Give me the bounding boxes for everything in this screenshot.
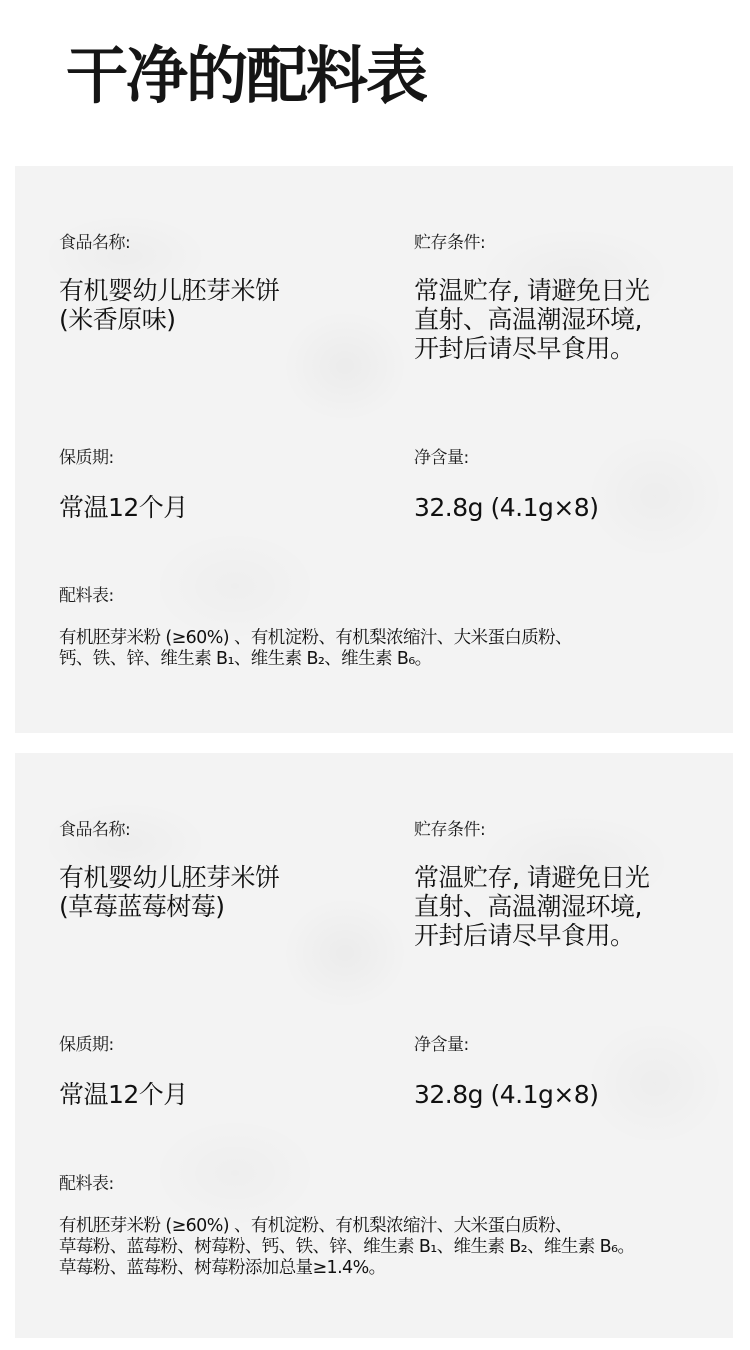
storage-line: 常温贮存, 请避免日光 <box>414 863 714 892</box>
product-name-line: 有机婴幼儿胚芽米饼 <box>59 276 359 305</box>
product-name-line: (草莓蓝莓树莓) <box>59 892 359 921</box>
ingredients-line: 草莓粉、蓝莓粉、树莓粉、钙、铁、锌、维生素 B₁、维生素 B₂、维生素 B₆。 <box>59 1237 719 1258</box>
net-content-label: 净含量: <box>414 1034 469 1056</box>
storage-line: 直射、高温潮湿环境, <box>414 305 714 334</box>
ingredients-label: 配料表: <box>59 585 114 607</box>
shelf-life-label: 保质期: <box>59 1034 114 1056</box>
product-name-line: (米香原味) <box>59 305 359 334</box>
storage-value: 常温贮存, 请避免日光 直射、高温潮湿环境, 开封后请尽早食用。 <box>414 863 714 950</box>
storage-line: 开封后请尽早食用。 <box>414 334 714 363</box>
ingredients-line: 草莓粉、蓝莓粉、树莓粉添加总量≥1.4%。 <box>59 1258 719 1279</box>
storage-value: 常温贮存, 请避免日光 直射、高温潮湿环境, 开封后请尽早食用。 <box>414 276 714 363</box>
ingredients-line: 钙、铁、锌、维生素 B₁、维生素 B₂、维生素 B₆。 <box>59 649 719 670</box>
storage-label: 贮存条件: <box>414 232 485 254</box>
ingredient-card-berry: 食品名称: 有机婴幼儿胚芽米饼 (草莓蓝莓树莓) 贮存条件: 常温贮存, 请避免… <box>15 753 733 1338</box>
product-name-label: 食品名称: <box>59 232 130 254</box>
ingredients-label: 配料表: <box>59 1173 114 1195</box>
storage-label: 贮存条件: <box>414 819 485 841</box>
product-name-value: 有机婴幼儿胚芽米饼 (米香原味) <box>59 276 359 334</box>
product-name-value: 有机婴幼儿胚芽米饼 (草莓蓝莓树莓) <box>59 863 359 921</box>
ingredients-list: 有机胚芽米粉 (≥60%) 、有机淀粉、有机梨浓缩汁、大米蛋白质粉、 钙、铁、锌… <box>59 628 719 670</box>
page-title: 干净的配料表 <box>66 36 426 116</box>
product-name-line: 有机婴幼儿胚芽米饼 <box>59 863 359 892</box>
shelf-life-label: 保质期: <box>59 447 114 469</box>
ingredient-card-original: 食品名称: 有机婴幼儿胚芽米饼 (米香原味) 贮存条件: 常温贮存, 请避免日光… <box>15 166 733 733</box>
storage-line: 开封后请尽早食用。 <box>414 921 714 950</box>
net-content-value: 32.8g (4.1g×8) <box>414 1080 598 1109</box>
ingredients-line: 有机胚芽米粉 (≥60%) 、有机淀粉、有机梨浓缩汁、大米蛋白质粉、 <box>59 628 719 649</box>
net-content-label: 净含量: <box>414 447 469 469</box>
ingredients-list: 有机胚芽米粉 (≥60%) 、有机淀粉、有机梨浓缩汁、大米蛋白质粉、 草莓粉、蓝… <box>59 1216 719 1279</box>
ingredients-line: 有机胚芽米粉 (≥60%) 、有机淀粉、有机梨浓缩汁、大米蛋白质粉、 <box>59 1216 719 1237</box>
product-name-label: 食品名称: <box>59 819 130 841</box>
net-content-value: 32.8g (4.1g×8) <box>414 493 598 522</box>
storage-line: 直射、高温潮湿环境, <box>414 892 714 921</box>
storage-line: 常温贮存, 请避免日光 <box>414 276 714 305</box>
shelf-life-value: 常温12个月 <box>59 1080 188 1109</box>
shelf-life-value: 常温12个月 <box>59 493 188 522</box>
